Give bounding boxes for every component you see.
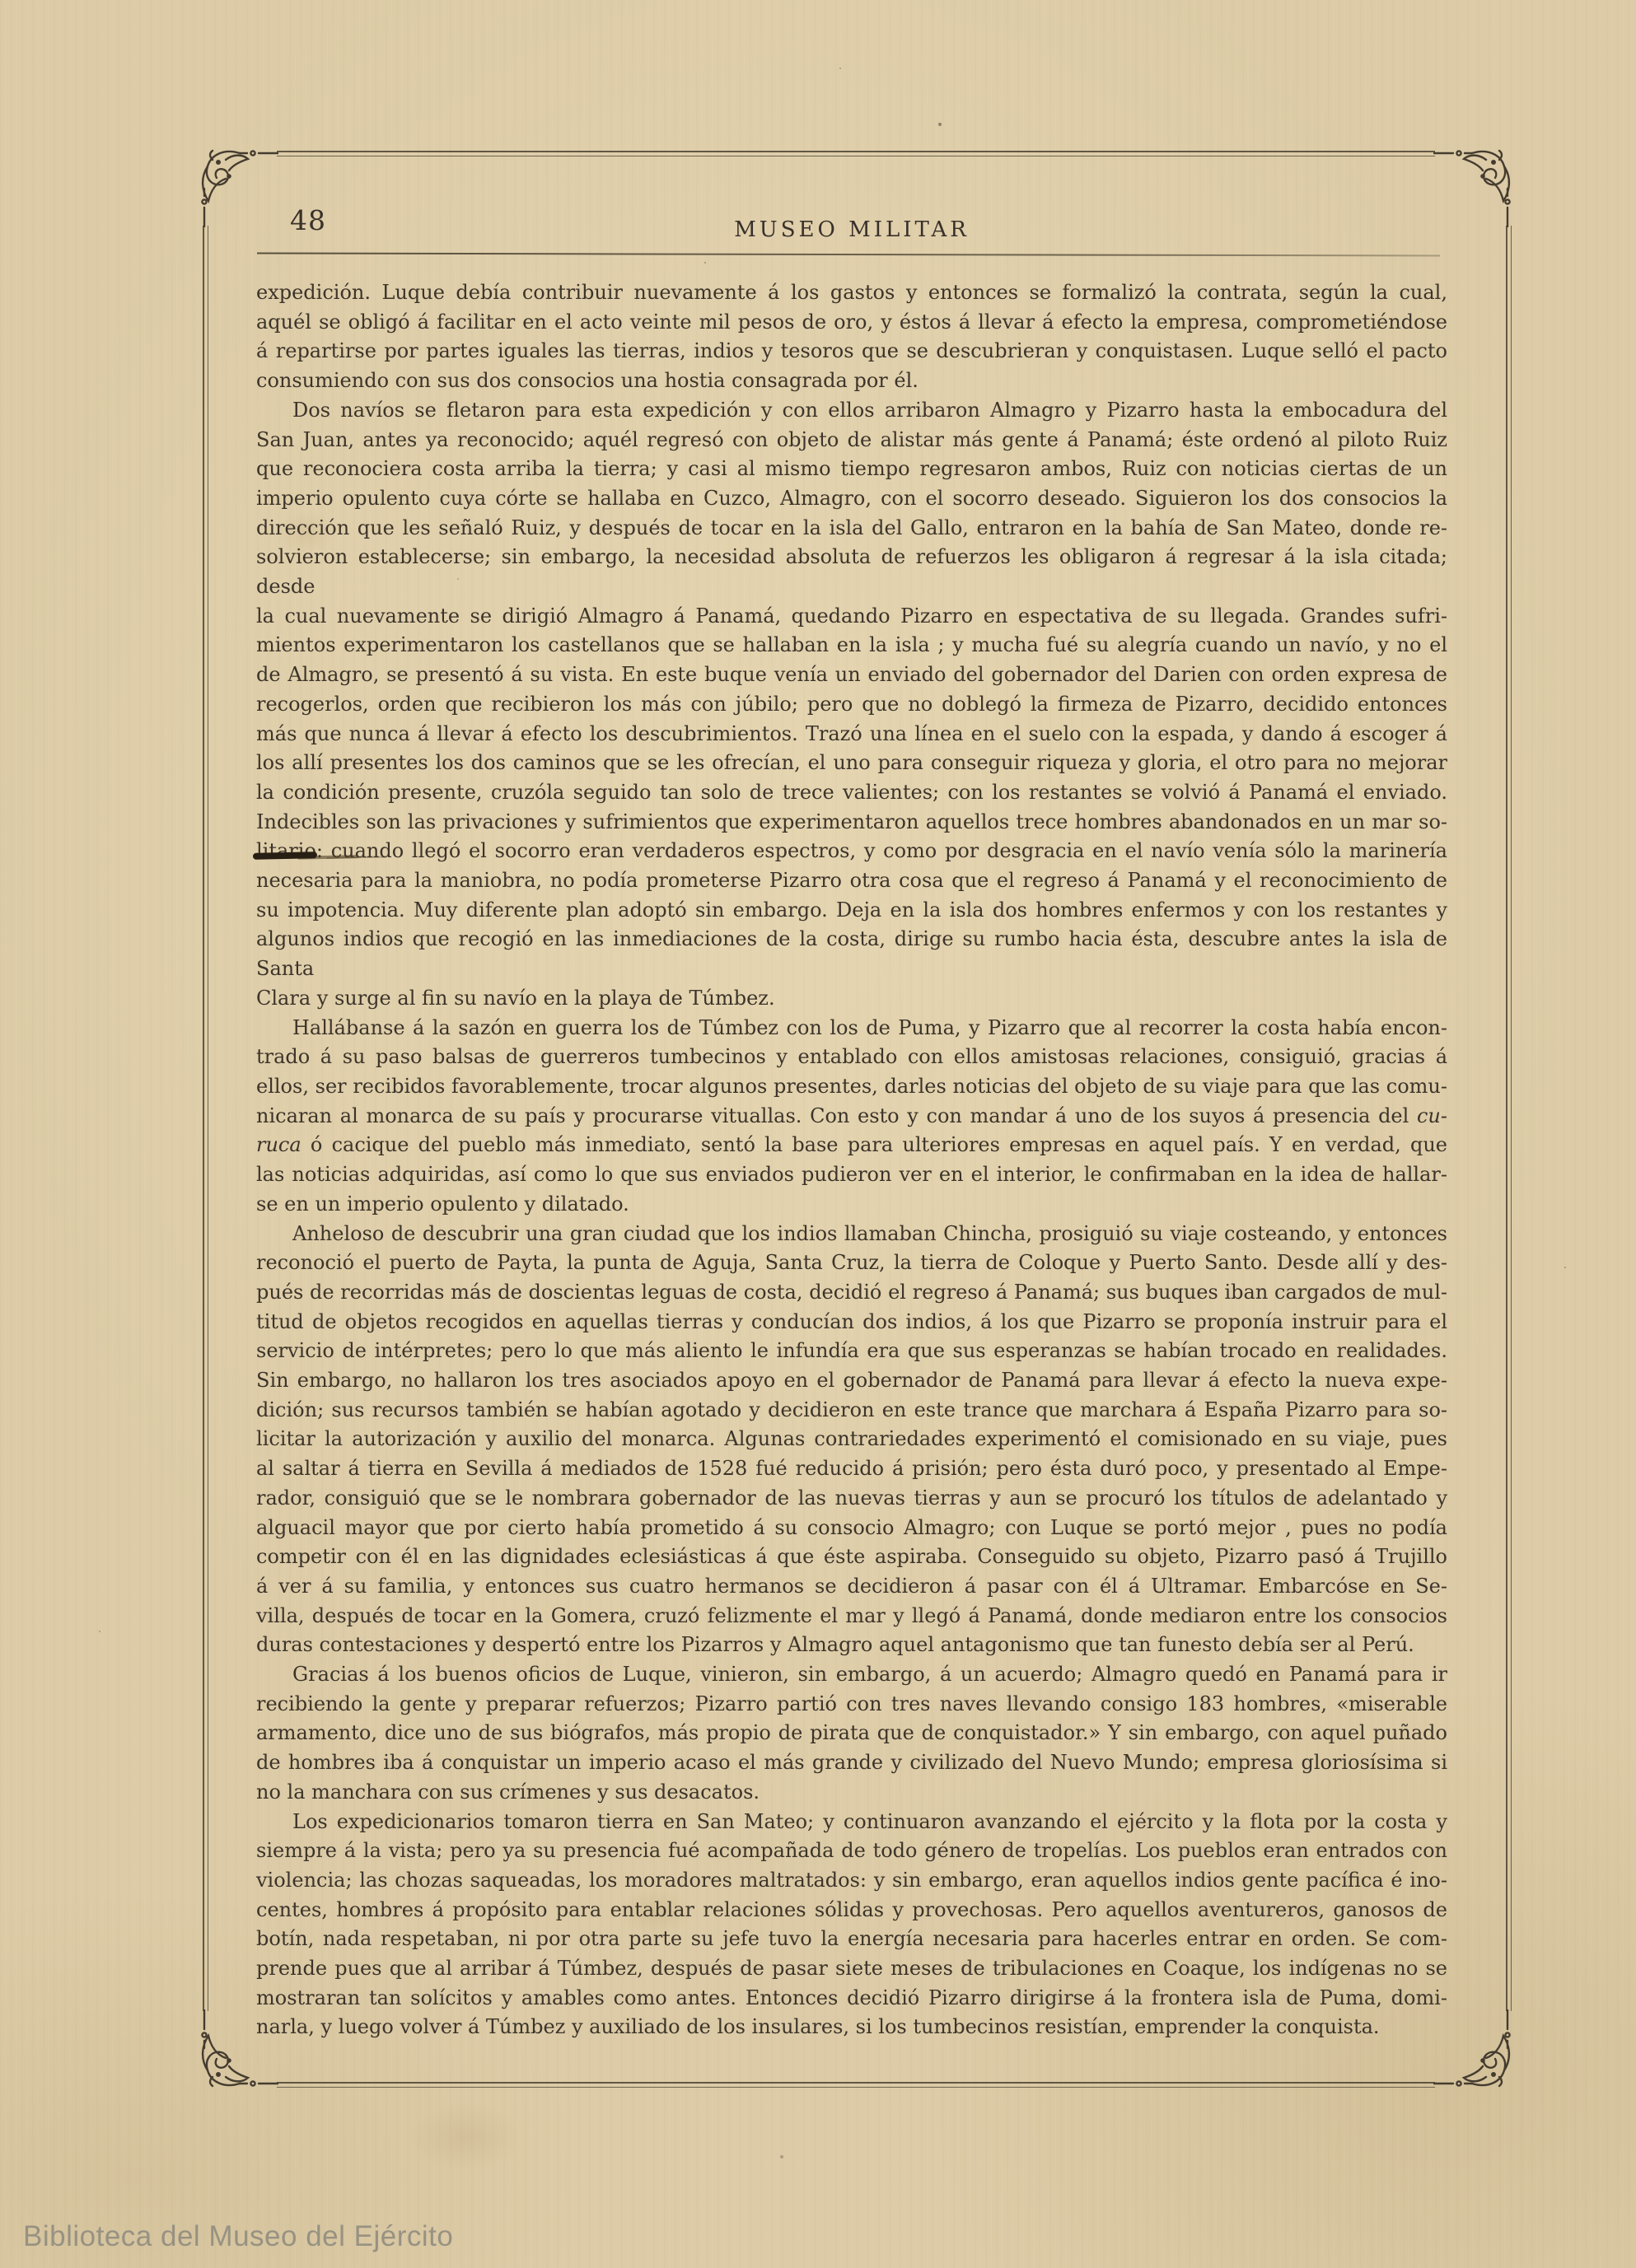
text-line: que reconociera costa arriba la tierra; … [256,455,1447,484]
text-line: licitar la autorización y auxilio del mo… [256,1425,1447,1454]
text-line: pués de recorridas más de doscientas leg… [256,1278,1447,1308]
text-line: necesaria para la maniobra, no podía pro… [256,866,1447,896]
text-line: se en un imperio opulento y dilatado. [256,1190,1447,1220]
text-line: rador, consiguió que se le nombrara gobe… [256,1484,1447,1514]
text-line: Indecibles son las privaciones y sufrimi… [256,808,1447,838]
text-line: recogerlos, orden que recibieron los más… [256,690,1447,720]
text-line: al saltar á tierra en Sevilla á mediados… [256,1454,1447,1484]
text-line: la cual nuevamente se dirigió Almagro á … [256,602,1447,632]
text-line: villa, después de tocar en la Gomera, cr… [256,1602,1447,1631]
frame-border-top [277,151,1435,156]
frame-border-right [1506,226,1512,2011]
text-line: Anheloso de descubrir una gran ciudad qu… [256,1220,1447,1249]
running-title: MUSEO MILITAR [256,217,1447,242]
text-line: dirección que les señaló Ruiz, y después… [256,514,1447,544]
text-line: competir con él en las dignidades eclesi… [256,1542,1447,1572]
text-line: á ver á su familia, y entonces sus cuatr… [256,1572,1447,1602]
text-block: expedición. Luque debía contribuir nueva… [256,278,1447,2042]
corner-flourish-icon [193,142,278,227]
text-line: aquél se obligó á facilitar en el acto v… [256,308,1447,338]
text-line: Clara y surge al fin su navío en la play… [256,984,1447,1014]
text-line: armamento, dice uno de sus biógrafos, má… [256,1719,1447,1748]
text-line: imperio opulento cuya córte se hallaba e… [256,484,1447,514]
text-line: la condición presente, cruzóla seguido t… [256,778,1447,808]
library-watermark: Biblioteca del Museo del Ejército [23,2220,453,2253]
text-line: botín, nada respetaban, ni por otra part… [256,1925,1447,1954]
text-line: Hallábanse á la sazón en guerra los de T… [256,1014,1447,1043]
text-line: reconoció el puerto de Payta, la punta d… [256,1248,1447,1278]
text-line: las noticias adquiridas, así como lo que… [256,1160,1447,1190]
text-line: servicio de intérpretes; pero lo que más… [256,1337,1447,1366]
text-line: centes, hombres á propósito para entabla… [256,1896,1447,1925]
frame-border-left [203,226,208,2011]
text-line: prende pues que al arribar á Túmbez, des… [256,1954,1447,1984]
text-line: recibiendo la gente y preparar refuerzos… [256,1690,1447,1720]
text-line: Dos navíos se fletaron para esta expedic… [256,396,1447,426]
text-line: los allí presentes los dos caminos que s… [256,749,1447,778]
text-line: no la manchara con sus crímenes y sus de… [256,1778,1447,1808]
text-line: siempre á la vista; pero ya su presencia… [256,1836,1447,1866]
text-line: litario: cuando llegó el socorro eran ve… [256,837,1447,866]
text-line: más que nunca á llevar á efecto los desc… [256,720,1447,749]
text-line: consumiendo con sus dos consocios una ho… [256,366,1447,396]
corner-flourish-icon [1433,142,1519,227]
ink-smudge-mark [253,852,317,860]
text-line: titud de objetos recogidos en aquellas t… [256,1308,1447,1337]
header-rule [257,252,1440,256]
text-line: mostraran tan solícitos y amables como a… [256,1984,1447,2014]
text-line: expedición. Luque debía contribuir nueva… [256,278,1447,308]
text-line: su impotencia. Muy diferente plan adoptó… [256,896,1447,926]
text-line: alguacil mayor que por cierto había prom… [256,1514,1447,1543]
text-line: Gracias á los buenos oficios de Luque, v… [256,1660,1447,1690]
scanned-page: 48 MUSEO MILITAR expedición. Luque debía… [0,0,1636,2268]
text-line: mientos experimentaron los castellanos q… [256,631,1447,660]
text-line: duras contestaciones y despertó entre lo… [256,1631,1447,1660]
text-line: ellos, ser recibidos favorablemente, tro… [256,1072,1447,1102]
text-line: San Juan, antes ya reconocido; aquél reg… [256,426,1447,455]
text-line: algunos indios que recogió en las inmedi… [256,925,1447,983]
text-line: de Almagro, se presentó á su vista. En e… [256,660,1447,690]
paper-specks [0,0,2,2]
frame-border-bottom [277,2082,1435,2088]
text-line: de hombres iba á conquistar un imperio a… [256,1748,1447,1778]
text-line: trado á su paso balsas de guerreros tumb… [256,1043,1447,1072]
text-line: dición; sus recursos también se habían a… [256,1396,1447,1426]
text-line: Los expedicionarios tomaron tierra en Sa… [256,1808,1447,1837]
text-line: nicaran al monarca de su país y procurar… [256,1102,1447,1132]
text-line: á repartirse por partes iguales las tier… [256,337,1447,366]
text-line: Sin embargo, no hallaron los tres asocia… [256,1366,1447,1396]
text-line: solvieron establecerse; sin embargo, la … [256,543,1447,601]
text-line: violencia; las chozas saqueadas, los mor… [256,1866,1447,1896]
text-line: narla, y luego volver á Túmbez y auxilia… [256,2013,1447,2042]
text-line: ruca ó cacique del pueblo más inmediato,… [256,1131,1447,1160]
